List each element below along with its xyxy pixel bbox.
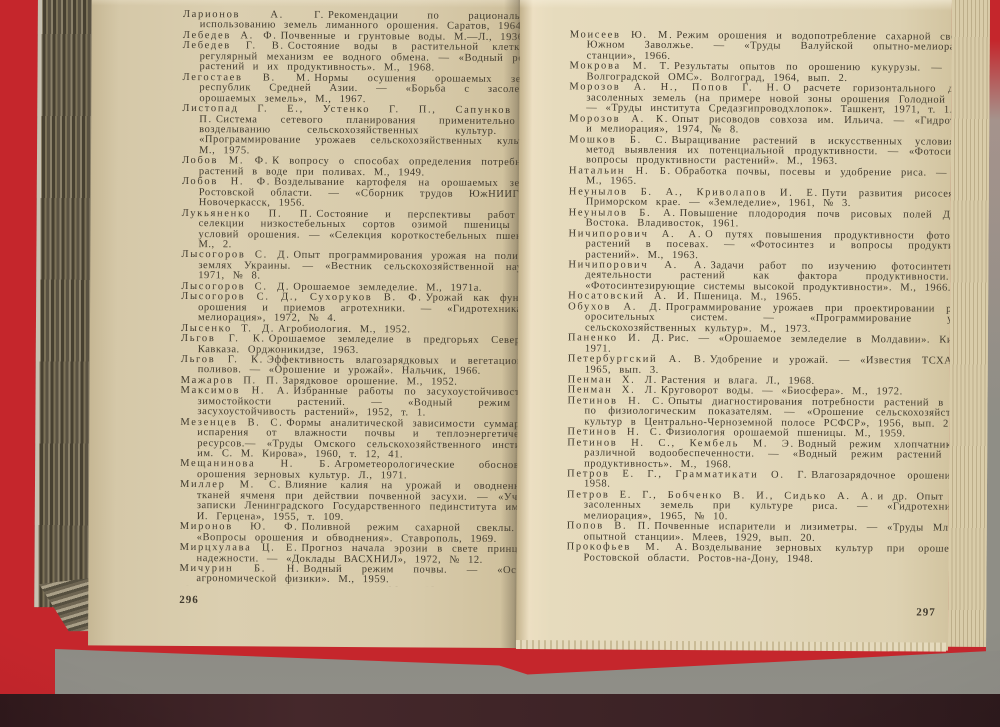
bibliography-entry: Лобов Н. Ф.Возделывание картофеля на оро… [182,177,544,211]
bibliography-entry: Листопад Г. Е., Устенко Г. П., Сапунков … [182,104,544,158]
bibliography-entry: Мошков Б. С.Выращивание растений в искус… [569,135,989,169]
entry-text: Система сетевого планирования применител… [199,114,544,157]
page-number-right: 297 [916,606,936,618]
bibliography-entry: Лукьяненко П. П.Состояние и перспективы … [181,209,543,253]
left-page-edges-stack [34,0,94,607]
bibliography-entry: Лысогоров С. Д., Сухоруков В. Ф.Урожай к… [181,292,543,326]
bibliography-entry: Максимов Н. А.Избранные работы по засухо… [180,386,542,420]
bibliography-entry: Моисеев Ю. М.Режим орошения и водопотреб… [570,30,990,64]
page-number-left: 296 [179,594,199,606]
bibliography-column-right: Моисеев Ю. М.Режим орошения и водопотреб… [566,30,990,615]
bibliography-entry: Миллер М. С.Влияние калия на урожай и ов… [180,480,542,524]
entry-author: Модестов А. П. [179,584,282,587]
entry-author: Петинов Н. С. [567,427,663,439]
table-front-edge [0,694,1000,727]
bibliography-entry: Лысогоров С. Д.Опыт программирования уро… [181,250,543,284]
background-wall-left [0,10,37,585]
bibliography-entry: Мезенцев В. С.Формы аналитической зависи… [180,418,542,462]
right-page-edges-stack [948,0,990,647]
bibliography-entry: Прокофьев М. А.Возделывание зерновых кул… [567,543,987,566]
entry-text: Правда о корнях. М., 1932. [285,585,439,588]
bibliography-entry: Легостаев В. М.Нормы осушения орошаемых … [182,73,544,107]
bibliography-entry: Петров Е. Г., Бобченко В. И., Сидько А. … [567,490,987,524]
open-book: -Ларионов А. Г.Рекомендации по рациональ… [34,0,990,655]
bibliography-entry: Петинов Н. С.Опыты диагностирования потр… [567,396,987,430]
right-page-bottom-edge [516,640,946,652]
bibliography-entry: Петинов Н. С., Кембель М. Э.Водный режим… [567,438,987,472]
bibliography-entry: Обухов А. Д.Программирование урожаев при… [568,302,988,336]
bibliography-entry: Морозов А. Н., Попов Г. Н.О расчете гори… [569,83,989,117]
left-page: -Ларионов А. Г.Рекомендации по рациональ… [88,0,550,648]
book-photo-scene: -Ларионов А. Г.Рекомендации по рациональ… [0,0,1000,727]
bibliography-entry: Лебедев Г. В.Состояние воды в растительн… [183,41,545,75]
bibliography-column-left: -Ларионов А. Г.Рекомендации по рациональ… [179,10,545,587]
bibliography-entry: Ничипорович А. А.О путях повышения проду… [568,229,988,263]
entry-author: Паненко И. Д. [568,332,665,344]
right-page: Моисеев Ю. М.Режим орошения и водопотреб… [516,0,952,651]
bibliography-entry: Ничипорович А. А.Задачи работ по изучени… [568,260,988,294]
